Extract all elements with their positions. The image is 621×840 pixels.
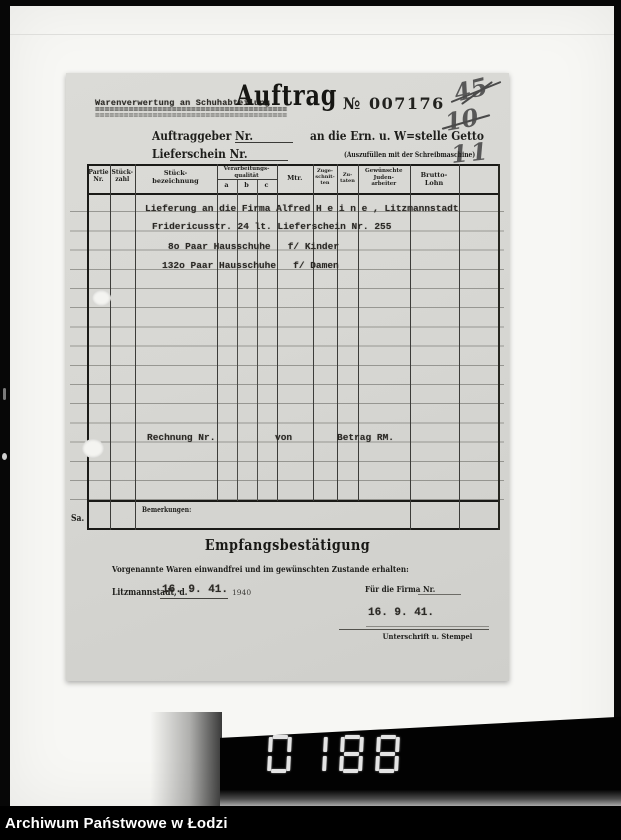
typewriter-note: (Auszufüllen mit der Schreibmaschine)	[344, 150, 475, 159]
signature-line	[339, 629, 489, 630]
order-table: Partie Nr. Stück- zahl Stück- bezeichnun…	[87, 164, 500, 531]
table-vline	[217, 164, 218, 501]
form-number: № 007176	[343, 94, 445, 113]
col-header-mtr: Mtr.	[277, 175, 314, 183]
table-vline	[337, 164, 338, 501]
typed-entry-item-kinder: 8o Paar Hausschuhe f/ Kinder	[168, 241, 339, 252]
col-header-qual-b: b	[237, 182, 257, 190]
table-heavy-line-bottom	[87, 528, 500, 530]
col-header-bezeichnung: Stück- bezeichnung	[135, 170, 217, 186]
film-scratch	[3, 388, 6, 400]
device-shadow-wedge	[150, 712, 222, 808]
table-vline	[459, 164, 460, 501]
typed-entry-item-damen: 132o Paar Hausschuhe f/ Damen	[162, 260, 339, 271]
table-vline	[135, 164, 136, 501]
col-header-qualitaet: Verarbeitungs- qualität	[217, 166, 277, 179]
col-header-stueckzahl: Stück- zahl	[110, 169, 135, 183]
sum-label: Sa.	[71, 514, 84, 524]
delivery-blank-line	[230, 160, 288, 161]
col-header-judenarbeiter: Gewünschte Juden- arbeiter	[358, 168, 410, 188]
table-border-right	[498, 164, 500, 530]
table-vline-strip	[410, 501, 411, 530]
typed-invoice-von: von	[275, 432, 292, 443]
typed-entry-delivery-firm: Lieferung an die Firma Alfred H e i n e …	[145, 203, 459, 214]
form-title: Auftrag	[236, 79, 337, 112]
table-heavy-line-body-bottom	[87, 500, 500, 502]
receipt-confirm-text: Vorgenannte Waren einwandfrei und im gew…	[112, 565, 409, 575]
orderer-label: Auftraggeber Nr.	[152, 128, 253, 143]
typed-entry-address: Fridericusstr. 24 lt. Lieferschein Nr. 2…	[152, 221, 391, 232]
auftrag-form-document: Warenverwertung an Schuhabteilung ======…	[66, 73, 509, 681]
col-header-qual-a: a	[217, 182, 237, 190]
col-header-qual-c: c	[257, 182, 277, 190]
table-heavy-line-headerbottom	[87, 193, 500, 195]
signature-line-faint	[366, 626, 489, 627]
col-header-bruttolohn: Brutto- Lohn	[410, 172, 459, 188]
signature-label: Unterschrift u. Stempel	[372, 632, 483, 641]
caption-bar: Archiwum Państwowe w Łodzi	[0, 806, 621, 840]
frame-counter	[268, 735, 399, 773]
archival-photo-frame: Warenverwertung an Schuhabteilung ======…	[0, 0, 621, 840]
col-header-zugeschnitten: Zuge- schnit- ten	[313, 168, 337, 186]
archive-caption: Archiwum Państwowe w Łodzi	[5, 815, 228, 832]
table-vline-strip	[459, 501, 460, 530]
table-border-left	[87, 164, 89, 530]
punch-hole	[92, 290, 111, 306]
firm-blank-line	[418, 594, 461, 595]
dept-underline-dashes: ========================================	[95, 114, 287, 120]
table-vline	[410, 164, 411, 501]
table-vline	[313, 164, 314, 501]
table-vline	[110, 164, 111, 501]
receipt-title: Empfangsbestätigung	[93, 537, 483, 554]
table-vline	[277, 164, 278, 501]
film-speck	[2, 453, 7, 460]
printed-year: 1940	[232, 588, 251, 597]
table-vline	[358, 164, 359, 501]
table-vline-strip	[110, 501, 111, 530]
remarks-label: Bemerkungen:	[142, 505, 191, 514]
col-header-zutaten: Zu- taten	[337, 172, 358, 184]
backing-crease-line	[10, 34, 614, 35]
table-heavy-line-top	[87, 164, 500, 166]
date-blank-line	[160, 598, 228, 599]
table-vline-strip	[135, 501, 136, 530]
col-header-partie: Partie Nr.	[87, 169, 110, 183]
typed-date-right: 16. 9. 41.	[368, 607, 434, 619]
orderer-destination: an die Ern. u. W=stelle Getto	[310, 128, 484, 143]
typed-invoice-label: Rechnung Nr.	[147, 432, 215, 443]
punch-hole	[82, 439, 104, 458]
typed-date-left: 16. 9. 41.	[162, 584, 228, 596]
typed-invoice-betrag: Betrag RM.	[337, 432, 394, 443]
orderer-blank-line	[235, 142, 293, 143]
delivery-note-label: Lieferschein Nr.	[152, 146, 248, 161]
